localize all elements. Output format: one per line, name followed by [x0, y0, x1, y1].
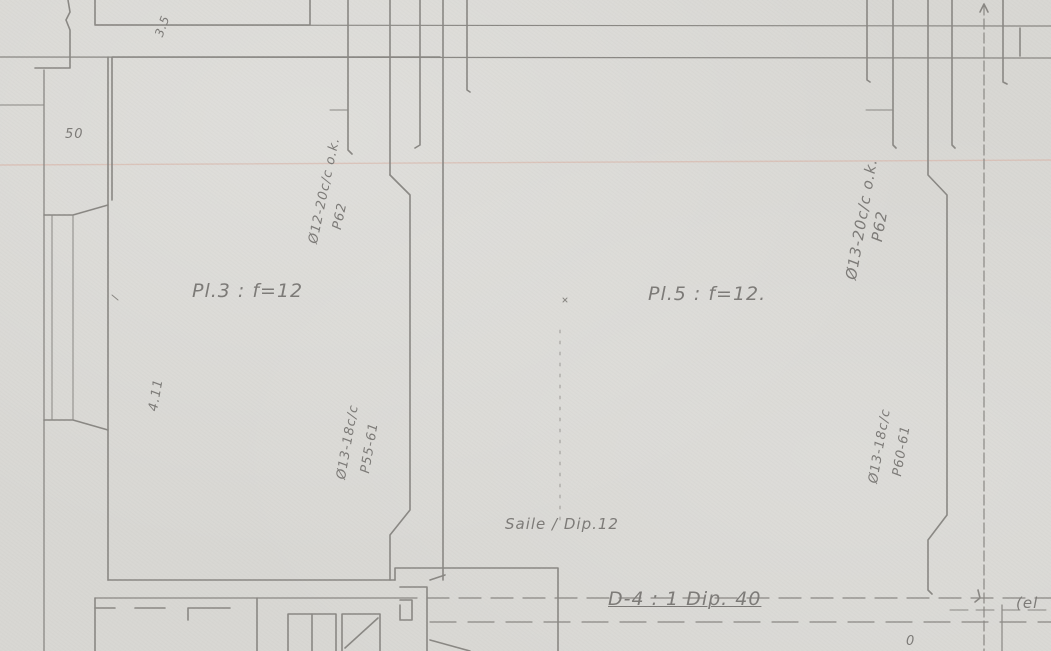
slab-label-left: Pl.3 : f=12 [192, 280, 303, 302]
beam-note: Saile / Dip.12 [505, 515, 619, 533]
dimension-50: 50 [65, 127, 84, 142]
plan-linework [0, 0, 1051, 651]
edge-mark: 0 [906, 634, 915, 649]
blueprint-sheet: 50 3.5 Pl.3 : f=12 Pl.5 : f=12. Ø12-20c/… [0, 0, 1051, 651]
beam-label: D-4 : 1 Dip. 40 [608, 588, 761, 610]
slab-label-right: Pl.5 : f=12. [648, 283, 766, 305]
edge-note: (el [1016, 594, 1038, 612]
